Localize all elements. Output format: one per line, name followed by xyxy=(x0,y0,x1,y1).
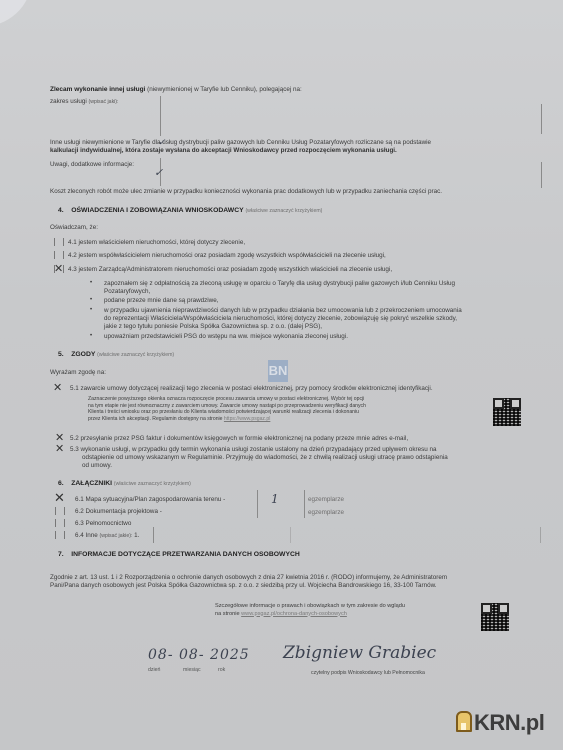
bullet-3-line-3: jakie z tego tytułu poniesie Polska Spół… xyxy=(104,323,462,331)
section-6-heading: 6. ZAŁĄCZNIKI (właściwe zaznaczyć krzyży… xyxy=(58,480,191,487)
bullet-2: podane przeze mnie dane są prawdziwe, xyxy=(104,297,218,305)
details-line-2: na stronie xyxy=(215,611,240,617)
bullet-4-line-1: upoważniam przedstawicieli PSG do wstępu… xyxy=(104,333,348,341)
bullet-icon: • xyxy=(90,307,92,313)
section-7-heading: 7. INFORMACJE DOTYCZĄCE PRZETWARZANIA DA… xyxy=(58,551,300,558)
checkbox-4-2[interactable] xyxy=(54,251,64,259)
section-4-number: 4. xyxy=(58,207,64,214)
privacy-link[interactable]: www.psgaz.pl/ochrona-danych-osobowych xyxy=(241,611,347,617)
details-line-1: Szczegółowe informacje o prawach i obowi… xyxy=(215,603,405,611)
section-5-title: ZGODY xyxy=(71,351,95,358)
section-7-number: 7. xyxy=(58,551,64,558)
checked-x-icon[interactable]: ✕ xyxy=(53,383,62,393)
option-4-2-label: 4.2 jestem współwłaścicielem nieruchomoś… xyxy=(68,252,386,260)
option-5-3-line-3: od umowy. xyxy=(70,462,448,470)
date-label-month: miesiąc xyxy=(183,667,201,673)
attachment-6-4-text: 6.4 Inne xyxy=(75,532,98,539)
bullet-1-line-1: zapoznałem się z odpłatnością za zleconą… xyxy=(104,280,455,288)
regulations-link[interactable]: https://www.psgaz.pl xyxy=(224,416,270,422)
other-service-heading-bold: Zlecam wykonanie innej usługi xyxy=(50,86,145,93)
scanned-document-page: Zlecam wykonanie innej usługi (niewymien… xyxy=(0,0,563,750)
bullet-1: zapoznałem się z odpłatnością za zleconą… xyxy=(104,280,455,296)
bullet-3: w przypadku ujawnienia nieprawdziwości d… xyxy=(104,307,462,331)
date-month: 08 xyxy=(179,647,199,663)
section-7-paragraph: Zgodnie z art. 13 ust. 1 i 2 Rozporządze… xyxy=(50,574,447,590)
option-4-3-label: 4.3 jestem Zarządcą/Administratorem nier… xyxy=(68,266,392,274)
section-5-number: 5. xyxy=(58,351,64,358)
date-year: 2025 xyxy=(210,647,250,663)
attachment-6-4-field[interactable] xyxy=(153,527,541,543)
note-line-3: Klienta i treści wniosku oraz po przesła… xyxy=(88,409,366,416)
bullet-1-line-2: Pozataryfowych, xyxy=(104,288,455,296)
cost-note: Koszt zleconych robót może ulec zmianie … xyxy=(50,188,442,196)
option-5-2-label: 5.2 przesyłanie przez PSG faktur i dokum… xyxy=(70,435,408,443)
scope-label: zakres usługi (wpisać jaki): xyxy=(50,98,118,106)
gdpr-line-1: Zgodnie z art. 13 ust. 1 i 2 Rozporządze… xyxy=(50,574,447,582)
option-5-1-label: 5.1 zawarcie umowy dotyczącej realizacji… xyxy=(70,385,433,393)
note-line-4: przez Klienta ich akceptacji. Regulamin … xyxy=(88,416,223,422)
page-corner-fold xyxy=(0,0,46,30)
date-label-day: dzień xyxy=(148,667,160,673)
house-icon xyxy=(456,711,472,732)
section-4-title: OŚWIADCZENIA I ZOBOWIĄZANIA WNIOSKODAWCY xyxy=(71,207,243,214)
remarks-field[interactable]: ✓ xyxy=(160,158,542,188)
scope-hint: (wpisać jaki): xyxy=(89,99,119,105)
handwritten-tick-icon: ✓ xyxy=(154,166,163,179)
section-5-heading: 5. ZGODY (właściwe zaznaczyć krzyżykiem) xyxy=(58,351,174,358)
section-6-title: ZAŁĄCZNIKI xyxy=(71,480,112,487)
option-5-1-note: Zaznaczenie powyższego okienka oznacza r… xyxy=(88,396,366,422)
bullet-icon: • xyxy=(90,280,92,286)
signature-caption: czytelny podpis Wnioskodawcy lub Pełnomo… xyxy=(311,670,425,676)
handwritten-signature: Zbigniew Grabiec xyxy=(283,643,436,663)
date-label-year: rok xyxy=(218,667,225,673)
attachment-6-1-unit: egzemplarze xyxy=(308,496,344,504)
checked-x-icon[interactable]: ✕ xyxy=(54,493,65,503)
option-5-3-line-1: 5.3 wykonanie usługi, w przypadku gdy te… xyxy=(70,446,448,454)
watermark-logo: BN xyxy=(268,360,288,382)
section-7-details: Szczegółowe informacje o prawach i obowi… xyxy=(215,603,405,618)
bullet-4: upoważniam przedstawicieli PSG do wstępu… xyxy=(104,333,348,341)
attachment-6-4-label: 6.4 Inne (wpisać jakie): 1. xyxy=(75,532,139,540)
section-5-intro: Wyrażam zgodę na: xyxy=(50,369,106,377)
bullet-2-line-1: podane przeze mnie dane są prawdziwe, xyxy=(104,297,218,305)
attachment-6-1-label: 6.1 Mapa sytuacyjna/Plan zagospodarowani… xyxy=(75,496,225,504)
attachment-6-1-count: 1 xyxy=(271,492,279,506)
option-5-3-label: 5.3 wykonanie usługi, w przypadku gdy te… xyxy=(70,446,448,470)
section-6-hint: (właściwe zaznaczyć krzyżykiem) xyxy=(114,481,191,487)
date-day: 08 xyxy=(148,647,168,663)
checkbox-6-3[interactable] xyxy=(55,519,65,527)
bullet-3-line-1: w przypadku ujawnienia nieprawdziwości d… xyxy=(104,307,462,315)
section-6-number: 6. xyxy=(58,480,64,487)
other-service-heading-rest: (niewymienionej w Taryfie lub Cenniku), … xyxy=(147,86,302,93)
option-5-3-line-2: odstąpienie od umowy wskazanym w Regulam… xyxy=(70,454,448,462)
attachment-count-field[interactable]: 1 xyxy=(257,490,305,520)
scope-field[interactable] xyxy=(160,96,542,136)
option-4-1-label: 4.1 jestem właścicielem nieruchomości, k… xyxy=(68,239,245,247)
handwritten-tick-icon: ✓ xyxy=(158,138,166,148)
checkbox-4-3[interactable]: ✕ xyxy=(54,265,64,273)
bullet-icon: • xyxy=(90,333,92,339)
checked-x-icon[interactable]: ✕ xyxy=(55,433,64,443)
section-7-title: INFORMACJE DOTYCZĄCE PRZETWARZANIA DANYC… xyxy=(71,551,300,558)
attachment-6-2-unit: egzemplarze xyxy=(308,509,344,517)
qr-code-icon xyxy=(481,603,509,631)
checkbox-4-1[interactable] xyxy=(54,238,64,246)
other-service-info: Inne usługi niewymienione w Taryfie dla … xyxy=(50,139,431,155)
remarks-label: Uwagi, dodatkowe informacje: xyxy=(50,161,134,169)
bullet-icon: • xyxy=(90,297,92,303)
section-5-hint: (właściwe zaznaczyć krzyżykiem) xyxy=(97,352,174,358)
attachment-6-4-hint: (wpisać jakie): xyxy=(100,533,133,539)
info-line-1: Inne usługi niewymienione w Taryfie dla … xyxy=(50,139,431,147)
checkbox-6-2[interactable] xyxy=(55,507,65,515)
info-line-2: kalkulacji indywidualnej, która zostaje … xyxy=(50,147,431,155)
gdpr-line-2: Pani/Pana danych osobowych jest Polska S… xyxy=(50,582,447,590)
note-line-1: Zaznaczenie powyższego okienka oznacza r… xyxy=(88,396,366,403)
qr-code-icon xyxy=(493,398,521,426)
krn-logo: KRN.pl xyxy=(456,710,544,736)
scope-label-text: zakres usługi xyxy=(50,98,87,105)
bullet-3-line-2: do reprezentacji Właściciela/Współwłaści… xyxy=(104,315,462,323)
section-4-heading: 4. OŚWIADCZENIA I ZOBOWIĄZANIA WNIOSKODA… xyxy=(58,207,322,214)
attachment-6-3-label: 6.3 Pełnomocnictwo xyxy=(75,520,131,528)
section-4-hint: (właściwe zaznaczyć krzyżykiem) xyxy=(245,208,322,214)
date-field[interactable]: 08- 08- 2025 xyxy=(148,647,250,663)
checked-x-icon: ✕ xyxy=(54,264,63,274)
note-line-2: na tym etapie nie jest równoznaczny z za… xyxy=(88,403,366,410)
checkbox-6-4[interactable] xyxy=(55,531,65,539)
attachment-6-4-value: 1. xyxy=(134,532,139,539)
other-service-heading: Zlecam wykonanie innej usługi (niewymien… xyxy=(50,86,302,94)
logo-text: KRN.pl xyxy=(474,710,544,735)
checked-x-icon[interactable]: ✕ xyxy=(55,444,64,454)
section-4-intro: Oświadczam, że: xyxy=(50,224,98,232)
attachment-6-2-label: 6.2 Dokumentacja projektowa - xyxy=(75,508,162,516)
